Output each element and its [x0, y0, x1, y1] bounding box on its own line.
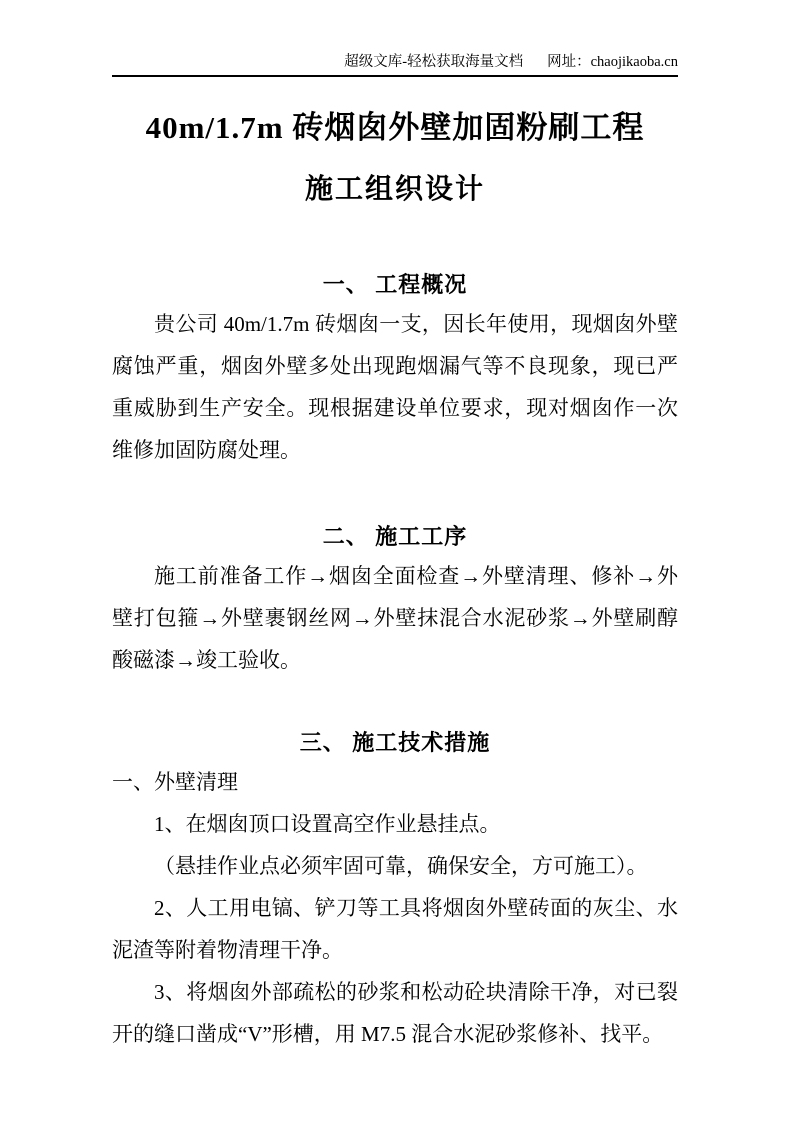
section-2-paragraph: 施工前准备工作→烟囱全面检查→外壁清理、修补→外壁打包箍→外壁裹钢丝网→外壁抹混…	[112, 555, 678, 681]
watermark-url: 网址：chaojikaoba.cn	[547, 54, 678, 70]
doc-title-line-1: 40m/1.7m 砖烟囱外壁加固粉刷工程	[112, 111, 678, 145]
doc-title-line-2: 施工组织设计	[112, 175, 678, 205]
section-3-subheading: 一、外壁清理	[112, 761, 678, 803]
page-header: 超级文库-轻松获取海量文档网址：chaojikaoba.cn	[112, 54, 678, 71]
section-3-item-1: 1、在烟囱顶口设置高空作业悬挂点。	[112, 803, 678, 845]
section-1-heading: 一、 工程概况	[112, 273, 678, 297]
section-3-item-note: （悬挂作业点必须牢固可靠，确保安全，方可施工）。	[112, 845, 678, 887]
section-2-heading: 二、 施工工序	[112, 525, 678, 549]
document-page: 超级文库-轻松获取海量文档网址：chaojikaoba.cn 40m/1.7m …	[0, 0, 793, 1122]
header-rule	[112, 75, 678, 77]
section-3-heading: 三、 施工技术措施	[112, 731, 678, 755]
watermark-site-name: 超级文库-轻松获取海量文档	[344, 54, 523, 70]
section-3-item-3: 3、将烟囱外部疏松的砂浆和松动砼块清除干净，对已裂开的缝口凿成“V”形槽，用 M…	[112, 971, 678, 1055]
section-1-paragraph: 贵公司 40m/1.7m 砖烟囱一支，因长年使用，现烟囱外壁腐蚀严重，烟囱外壁多…	[112, 303, 678, 471]
section-3-item-2: 2、人工用电镐、铲刀等工具将烟囱外壁砖面的灰尘、水泥渣等附着物清理干净。	[112, 887, 678, 971]
